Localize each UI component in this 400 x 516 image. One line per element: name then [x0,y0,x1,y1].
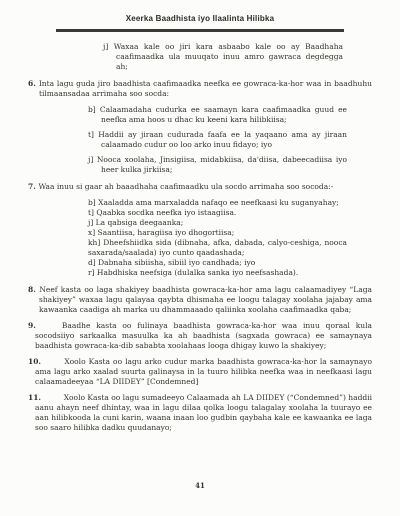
subitem-text: Haddii ay jiraan cudurada faafa ee la ya… [98,130,347,149]
item-number: 6. [28,79,39,88]
subitem: x] Saantiisa, haragiisa iyo dhogortiisa; [88,228,347,238]
page-number: 41 [195,481,205,490]
numbered-item: 8. Neef kasta oo laga shakiyey baadhista… [28,285,372,315]
subitem-text: Xaaladda ama marxaladda nafaqo ee neefka… [98,198,339,207]
subitem-text: Calaamadaha cudurka ee saamayn kara caaf… [100,105,347,124]
subitem-text: Saantiisa, haragiisa iyo dhogortiisa; [98,228,235,237]
numbered-item: 6. Inta lagu guda jiro baadhista caafima… [28,79,372,99]
subitem: t] Haddii ay jiraan cudurada faafa ee la… [88,130,347,150]
item-number: 9. [28,321,42,330]
subitem: d] Dabnaha sibiisha, sibiil iyo candhada… [88,258,347,268]
subitem-text: La qabsiga deegaanka; [96,218,184,227]
document-page: Xeerka Baadhista iyo Ilaalinta Hilibka j… [0,0,400,516]
subitem-list: b] Calaamadaha cudurka ee saamayn kara c… [88,105,347,175]
subitem: b] Calaamadaha cudurka ee saamayn kara c… [88,105,347,125]
subitem-marker: j] [88,155,97,164]
subitem: j] Waxaa kale oo jiri kara asbaabo kale … [103,42,343,72]
document-body: j] Waxaa kale oo jiri kara asbaabo kale … [0,32,400,433]
item-number: 10. [28,357,44,366]
item-text: Xoolo Kasta oo lagu arko cudur marka baa… [35,357,372,386]
subitem-text: Qaabka socdka neefka iyo istaagiisa. [96,208,236,217]
header-title: Xeerka Baadhista iyo Ilaalinta Hilibka [0,0,400,23]
subitem-text: Dheefshiidka sida (dibnaha, afka, dabada… [88,238,347,257]
subitem-marker: b] [88,198,98,207]
item-text: Baadhe kasta oo fulinaya baadhista gowra… [35,321,372,350]
subitem-marker: kh] [88,238,103,247]
subitem-marker: j] [103,42,114,51]
subitem: kh] Dheefshiidka sida (dibnaha, afka, da… [88,238,347,258]
subitem-marker: t] [88,130,98,139]
subitem-list: b] Xaaladda ama marxaladda nafaqo ee nee… [88,198,347,278]
subitem: j] La qabsiga deegaanka; [88,218,347,228]
item-text: Inta lagu guda jiro baadhista caafimaadk… [39,79,372,98]
subitem-marker: d] [88,258,98,267]
numbered-item: 9. Baadhe kasta oo fulinaya baadhista go… [28,321,372,351]
item-number: 8. [28,285,39,294]
subitem-marker: j] [88,218,96,227]
item-text: Neef kasta oo laga shakiyey baadhista go… [39,285,372,314]
subitem-list: j] Waxaa kale oo jiri kara asbaabo kale … [103,42,343,72]
subitem: b] Xaaladda ama marxaladda nafaqo ee nee… [88,198,347,208]
subitem: t] Qaabka socdka neefka iyo istaagiisa. [88,208,347,218]
item-text: Waa inuu si gaar ah baaadhaha caafimaadk… [38,182,333,191]
subitem-marker: r] [88,268,97,277]
item-text: Xoolo Kasta oo lagu sumadeeyo Calaamada … [35,393,372,432]
subitem-text: Nooca xoolaha, Jinsigiisa, midabkiisa, d… [97,155,347,174]
numbered-item: 11. Xoolo Kasta oo lagu sumadeeyo Calaam… [28,393,372,433]
numbered-item: 7. Waa inuu si gaar ah baaadhaha caafima… [28,182,372,192]
page-header: Xeerka Baadhista iyo Ilaalinta Hilibka [0,0,400,32]
item-number: 7. [28,182,38,191]
item-number: 11. [28,393,44,402]
subitem: j] Nooca xoolaha, Jinsigiisa, midabkiisa… [88,155,347,175]
subitem-text: Waxaa kale oo jiri kara asbaabo kale oo … [114,42,343,71]
subitem-text: Dabnaha sibiisha, sibiil iyo candhada; i… [98,258,255,267]
page-footer: 41 [0,481,400,490]
subitem-marker: b] [88,105,100,114]
subitem-marker: x] [88,228,98,237]
numbered-item: 10. Xoolo Kasta oo lagu arko cudur marka… [28,357,372,387]
subitem: r] Habdhiska neefsiga (dulalka sanka iyo… [88,268,347,278]
subitem-text: Habdhiska neefsiga (dulalka sanka iyo ne… [97,268,298,277]
